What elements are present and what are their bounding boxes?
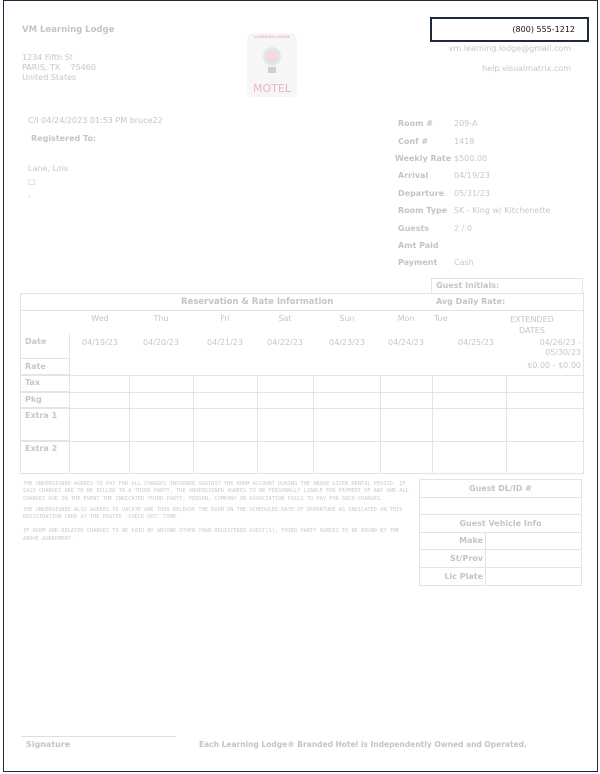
- info-amt-paid: Amt Paid: [394, 237, 594, 254]
- legal-paragraph-2: THE UNDERSIGNED ALSO AGREES TO VACATE AN…: [23, 507, 416, 522]
- hotel-email: vm.learning.lodge@gmail.com: [449, 44, 571, 53]
- payment-value: Cash: [454, 258, 474, 267]
- stay-info: Room #209-A Conf #1418 Weekly Rate$500.0…: [394, 115, 594, 272]
- vehicle-info-label: Guest Vehicle Info: [420, 515, 581, 533]
- extended-rate-value: $0.00 - $0.00: [501, 361, 581, 370]
- info-room: Room #209-A: [394, 115, 594, 132]
- signature-label: Signature: [26, 740, 70, 749]
- info-weekly-rate: Weekly Rate$500.00: [394, 150, 594, 167]
- legal-terms: THE UNDERSIGNED AGREES TO PAY FOR ALL CH…: [23, 481, 416, 547]
- grid-line: [21, 392, 583, 393]
- hotel-name: VM Learning Lodge: [22, 25, 114, 35]
- logo-top-text: LEARNING LODGE: [254, 35, 290, 39]
- date-cell: 04/24/23: [376, 338, 436, 347]
- info-arrival: Arrival04/19/23: [394, 167, 594, 184]
- payment-label: Payment: [394, 258, 454, 267]
- guest-city-line: ,: [28, 188, 68, 201]
- address-line-1: 1234 Fifth St: [22, 53, 96, 63]
- arrival-label: Arrival: [394, 171, 454, 180]
- day-header: Sun: [317, 314, 377, 323]
- grid-line: [506, 375, 507, 473]
- row-label-extra-2: Extra 2: [21, 441, 70, 473]
- date-cell: 04/25/23: [446, 338, 506, 347]
- grid-line: [380, 375, 381, 473]
- day-header: Wed: [70, 314, 130, 323]
- dl-label: Guest DL/ID #: [420, 480, 581, 498]
- day-header: Thu: [131, 314, 191, 323]
- checkin-line: C/I 04/24/2023 01:53 PM bruce22: [28, 116, 163, 125]
- info-room-type: Room TypeSK - King w/ Kitchenette: [394, 202, 594, 219]
- hotel-logo: LEARNING LODGE MOTEL: [247, 33, 297, 97]
- info-conf: Conf #1418: [394, 132, 594, 149]
- grid-line: [21, 441, 583, 442]
- conf-label: Conf #: [394, 137, 454, 146]
- registration-card: VM Learning Lodge 1234 Fifth St PARIS, T…: [3, 0, 598, 772]
- day-header: Mon: [376, 314, 436, 323]
- arrival-value: 04/19/23: [454, 171, 490, 180]
- stprov-label: St/Prov: [420, 550, 486, 567]
- extended-dates-value: 04/26/23 - 05/30/23: [521, 338, 581, 358]
- guest-id-vehicle-box: Guest DL/ID # Guest Vehicle Info Make St…: [419, 479, 582, 586]
- row-label-tax: Tax: [21, 375, 70, 392]
- day-header: Sat: [255, 314, 315, 323]
- room-type-label: Room Type: [394, 206, 454, 215]
- reservation-title-row: Reservation & Rate Information Avg Daily…: [21, 294, 583, 311]
- reservation-title: Reservation & Rate Information: [181, 297, 333, 307]
- grid-line: [129, 375, 130, 473]
- grid-line: [313, 375, 314, 473]
- vehicle-stprov-row: St/Prov: [420, 550, 581, 568]
- vehicle-make-row: Make: [420, 533, 581, 551]
- guest-initials-field: Guest Initials:: [431, 278, 583, 294]
- make-label: Make: [420, 533, 486, 550]
- conf-value: 1418: [454, 137, 474, 146]
- amt-paid-label: Amt Paid: [394, 241, 454, 250]
- grid-line: [193, 375, 194, 473]
- legal-paragraph-1: THE UNDERSIGNED AGREES TO PAY FOR ALL CH…: [23, 481, 416, 503]
- legal-paragraph-3: IF ROOM AND RELATED CHARGES TO BE PAID B…: [23, 528, 416, 543]
- date-cell: 04/23/23: [317, 338, 377, 347]
- reservation-table: Reservation & Rate Information Avg Daily…: [20, 293, 584, 474]
- row-label-pkg: Pkg: [21, 392, 70, 408]
- hotel-phone: (800) 555-1212: [430, 17, 589, 42]
- weekly-rate-label: Weekly Rate: [394, 154, 454, 163]
- guests-label: Guests: [394, 224, 454, 233]
- avg-daily-rate-label: Avg Daily Rate:: [436, 297, 505, 306]
- guest-info: Lane, Lois □ ,: [28, 162, 68, 201]
- logo-motel-text: MOTEL: [253, 83, 291, 94]
- grid-line: [21, 408, 583, 409]
- hotel-website: help.visualmatrix.com: [482, 64, 571, 73]
- grid-line: [432, 375, 433, 473]
- room-value: 209-A: [454, 119, 477, 128]
- row-label-rate: Rate: [21, 359, 70, 375]
- address-line-2: PARIS, TX 75460: [22, 63, 96, 73]
- registered-to-label: Registered To:: [31, 134, 96, 143]
- info-guests: Guests2 / 0: [394, 219, 594, 236]
- room-type-value: SK - King w/ Kitchenette: [454, 206, 550, 215]
- footer-text: Each Learning Lodge® Branded Hotel is In…: [199, 740, 527, 749]
- room-label: Room #: [394, 119, 454, 128]
- extended-dates-header: EXTENDED DATES: [501, 314, 563, 336]
- date-cell: 04/19/23: [70, 338, 130, 347]
- grid-line: [257, 375, 258, 473]
- weekly-rate-value: $500.00: [454, 154, 487, 163]
- day-header: Fri: [195, 314, 255, 323]
- lightbulb-icon: [261, 47, 283, 75]
- guest-address-line: □: [28, 175, 68, 188]
- departure-value: 05/31/23: [454, 189, 490, 198]
- hotel-address: 1234 Fifth St PARIS, TX 75460 United Sta…: [22, 53, 96, 83]
- day-header: Tue: [434, 314, 494, 323]
- vehicle-plate-row: Lic Plate: [420, 568, 581, 586]
- dl-value-field: [420, 498, 581, 516]
- grid-line: [21, 375, 583, 376]
- date-cell: 04/21/23: [195, 338, 255, 347]
- date-cell: 04/22/23: [255, 338, 315, 347]
- signature-line: [21, 736, 176, 737]
- info-departure: Departure05/31/23: [394, 185, 594, 202]
- row-label-date: Date: [21, 334, 70, 359]
- guests-value: 2 / 0: [454, 224, 472, 233]
- date-cell: 04/20/23: [131, 338, 191, 347]
- address-line-3: United States: [22, 73, 96, 83]
- plate-label: Lic Plate: [420, 568, 486, 586]
- info-payment: PaymentCash: [394, 254, 594, 271]
- guest-name: Lane, Lois: [28, 162, 68, 175]
- departure-label: Departure: [394, 189, 454, 198]
- row-label-extra-1: Extra 1: [21, 408, 70, 441]
